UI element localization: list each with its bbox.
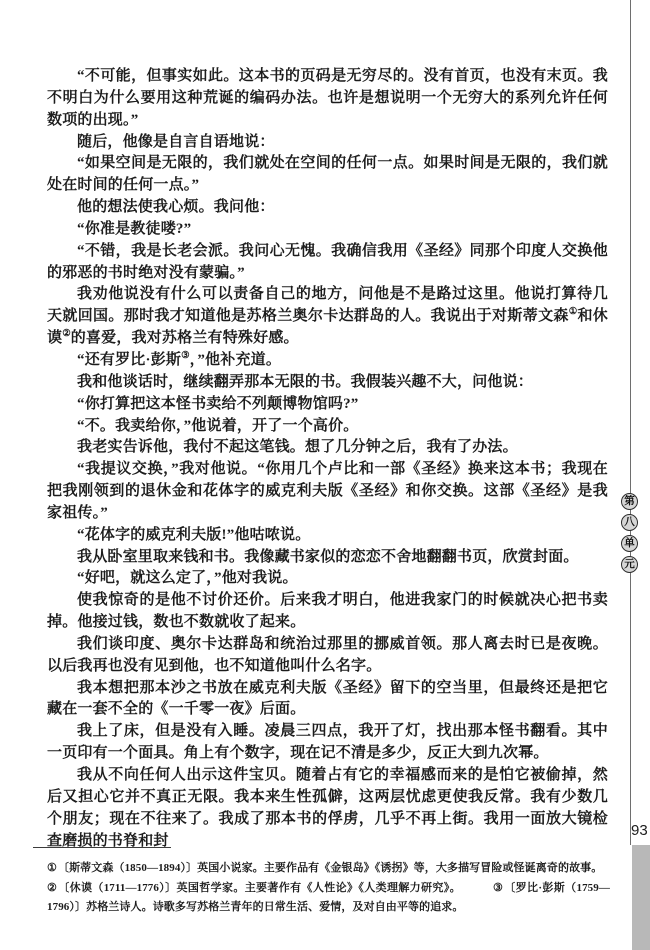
- footnote-marker: ③: [493, 882, 503, 894]
- body-text: “不可能，但事实如此。这本书的页码是无穷尽的。没有首页，也没有末页。我不明白为什…: [47, 66, 608, 852]
- paragraph: “好吧，就这么定了，”他对我说。: [47, 568, 608, 590]
- footnote: ①〔斯蒂文森（1850—1894）〕英国小说家。主要作品有《金银岛》《诱拐》等，…: [47, 862, 602, 874]
- footnote-ref: ①: [569, 307, 578, 317]
- paragraph: 我劝他说没有什么可以责备自己的地方，问他是不是路过这里。他说打算待几天就回国。那…: [47, 284, 608, 350]
- textbook-page: “不可能，但事实如此。这本书的页码是无穷尽的。没有首页，也没有末页。我不明白为什…: [0, 0, 650, 950]
- footnote-separator: [33, 847, 171, 848]
- paragraph: 我本想把那本沙之书放在威克利夫版《圣经》留下的空当里，但最终还是把它藏在一套不全…: [47, 678, 608, 722]
- unit-tab-char: 元: [621, 556, 638, 573]
- footnote-marker: ①: [47, 862, 57, 874]
- paragraph: “如果空间是无限的，我们就处在空间的任何一点。如果时间是无限的，我们就处在时间的…: [47, 153, 608, 197]
- page-number: 93: [631, 822, 650, 839]
- paragraph: 我和他谈话时，继续翻弄那本无限的书。我假装兴趣不大，问他说：: [47, 372, 608, 394]
- unit-tab: 第八单元: [621, 493, 638, 573]
- footnote-body: 〔斯蒂文森（1850—1894）〕英国小说家。主要作品有《金银岛》《诱拐》等，大…: [58, 862, 602, 874]
- paragraph: “你准是教徒喽?”: [47, 219, 608, 241]
- paragraph: “不。我卖给你，”他说着，开了一个高价。: [47, 416, 608, 438]
- paragraph: 我们谈印度、奥尔卡达群岛和统治过那里的挪威首领。那人离去时已是夜晚。以后我再也没…: [47, 634, 608, 678]
- paragraph: “你打算把这本怪书卖给不列颠博物馆吗?”: [47, 394, 608, 416]
- paragraph: 我从卧室里取来钱和书。我像藏书家似的恋恋不舍地翻翻书页，欣赏封面。: [47, 547, 608, 569]
- footnote-ref: ③: [181, 351, 190, 361]
- footnote: ②〔休谟（1711—1776）〕英国哲学家。主要著作有《人性论》《人类理解力研究…: [47, 882, 461, 894]
- paragraph: “我提议交换，”我对他说。“你用几个卢比和一部《圣经》换来这本书；我现在把我刚领…: [47, 459, 608, 525]
- footnote-marker: ②: [47, 882, 57, 894]
- unit-tab-char: 第: [621, 493, 638, 510]
- margin-rule: [630, 0, 631, 845]
- paragraph: “不可能，但事实如此。这本书的页码是无穷尽的。没有首页，也没有末页。我不明白为什…: [47, 66, 608, 132]
- paragraph: 他的想法使我心烦。我问他：: [47, 197, 608, 219]
- paragraph: 我老实告诉他，我付不起这笔钱。想了几分钟之后，我有了办法。: [47, 437, 608, 459]
- paragraph: “花体字的威克利夫版!”他咕哝说。: [47, 525, 608, 547]
- paragraph: 随后，他像是自言自语地说：: [47, 132, 608, 154]
- corner-block: [632, 845, 650, 950]
- paragraph: 我从不向任何人出示这件宝贝。随着占有它的幸福感而来的是怕它被偷掉，然后又担心它并…: [47, 765, 608, 852]
- paragraph: 使我惊奇的是他不讨价还价。后来我才明白，他进我家门的时候就决心把书卖掉。他接过钱…: [47, 590, 608, 634]
- footnotes-text: ①〔斯蒂文森（1850—1894）〕英国小说家。主要作品有《金银岛》《诱拐》等，…: [47, 859, 610, 918]
- paragraph: “不错，我是长老会派。我问心无愧。我确信我用《圣经》同那个印度人交换他的邪恶的书…: [47, 241, 608, 285]
- paragraph: “还有罗比·彭斯③，”他补充道。: [47, 350, 608, 372]
- unit-tab-char: 单: [621, 535, 638, 552]
- unit-tab-char: 八: [621, 514, 638, 531]
- footnote-body: 〔休谟（1711—1776）〕英国哲学家。主要著作有《人性论》《人类理解力研究》…: [58, 882, 461, 894]
- footnote-ref: ②: [62, 329, 71, 339]
- paragraph: 我上了床，但是没有入睡。凌晨三四点，我开了灯，找出那本怪书翻看。其中一页印有一个…: [47, 721, 608, 765]
